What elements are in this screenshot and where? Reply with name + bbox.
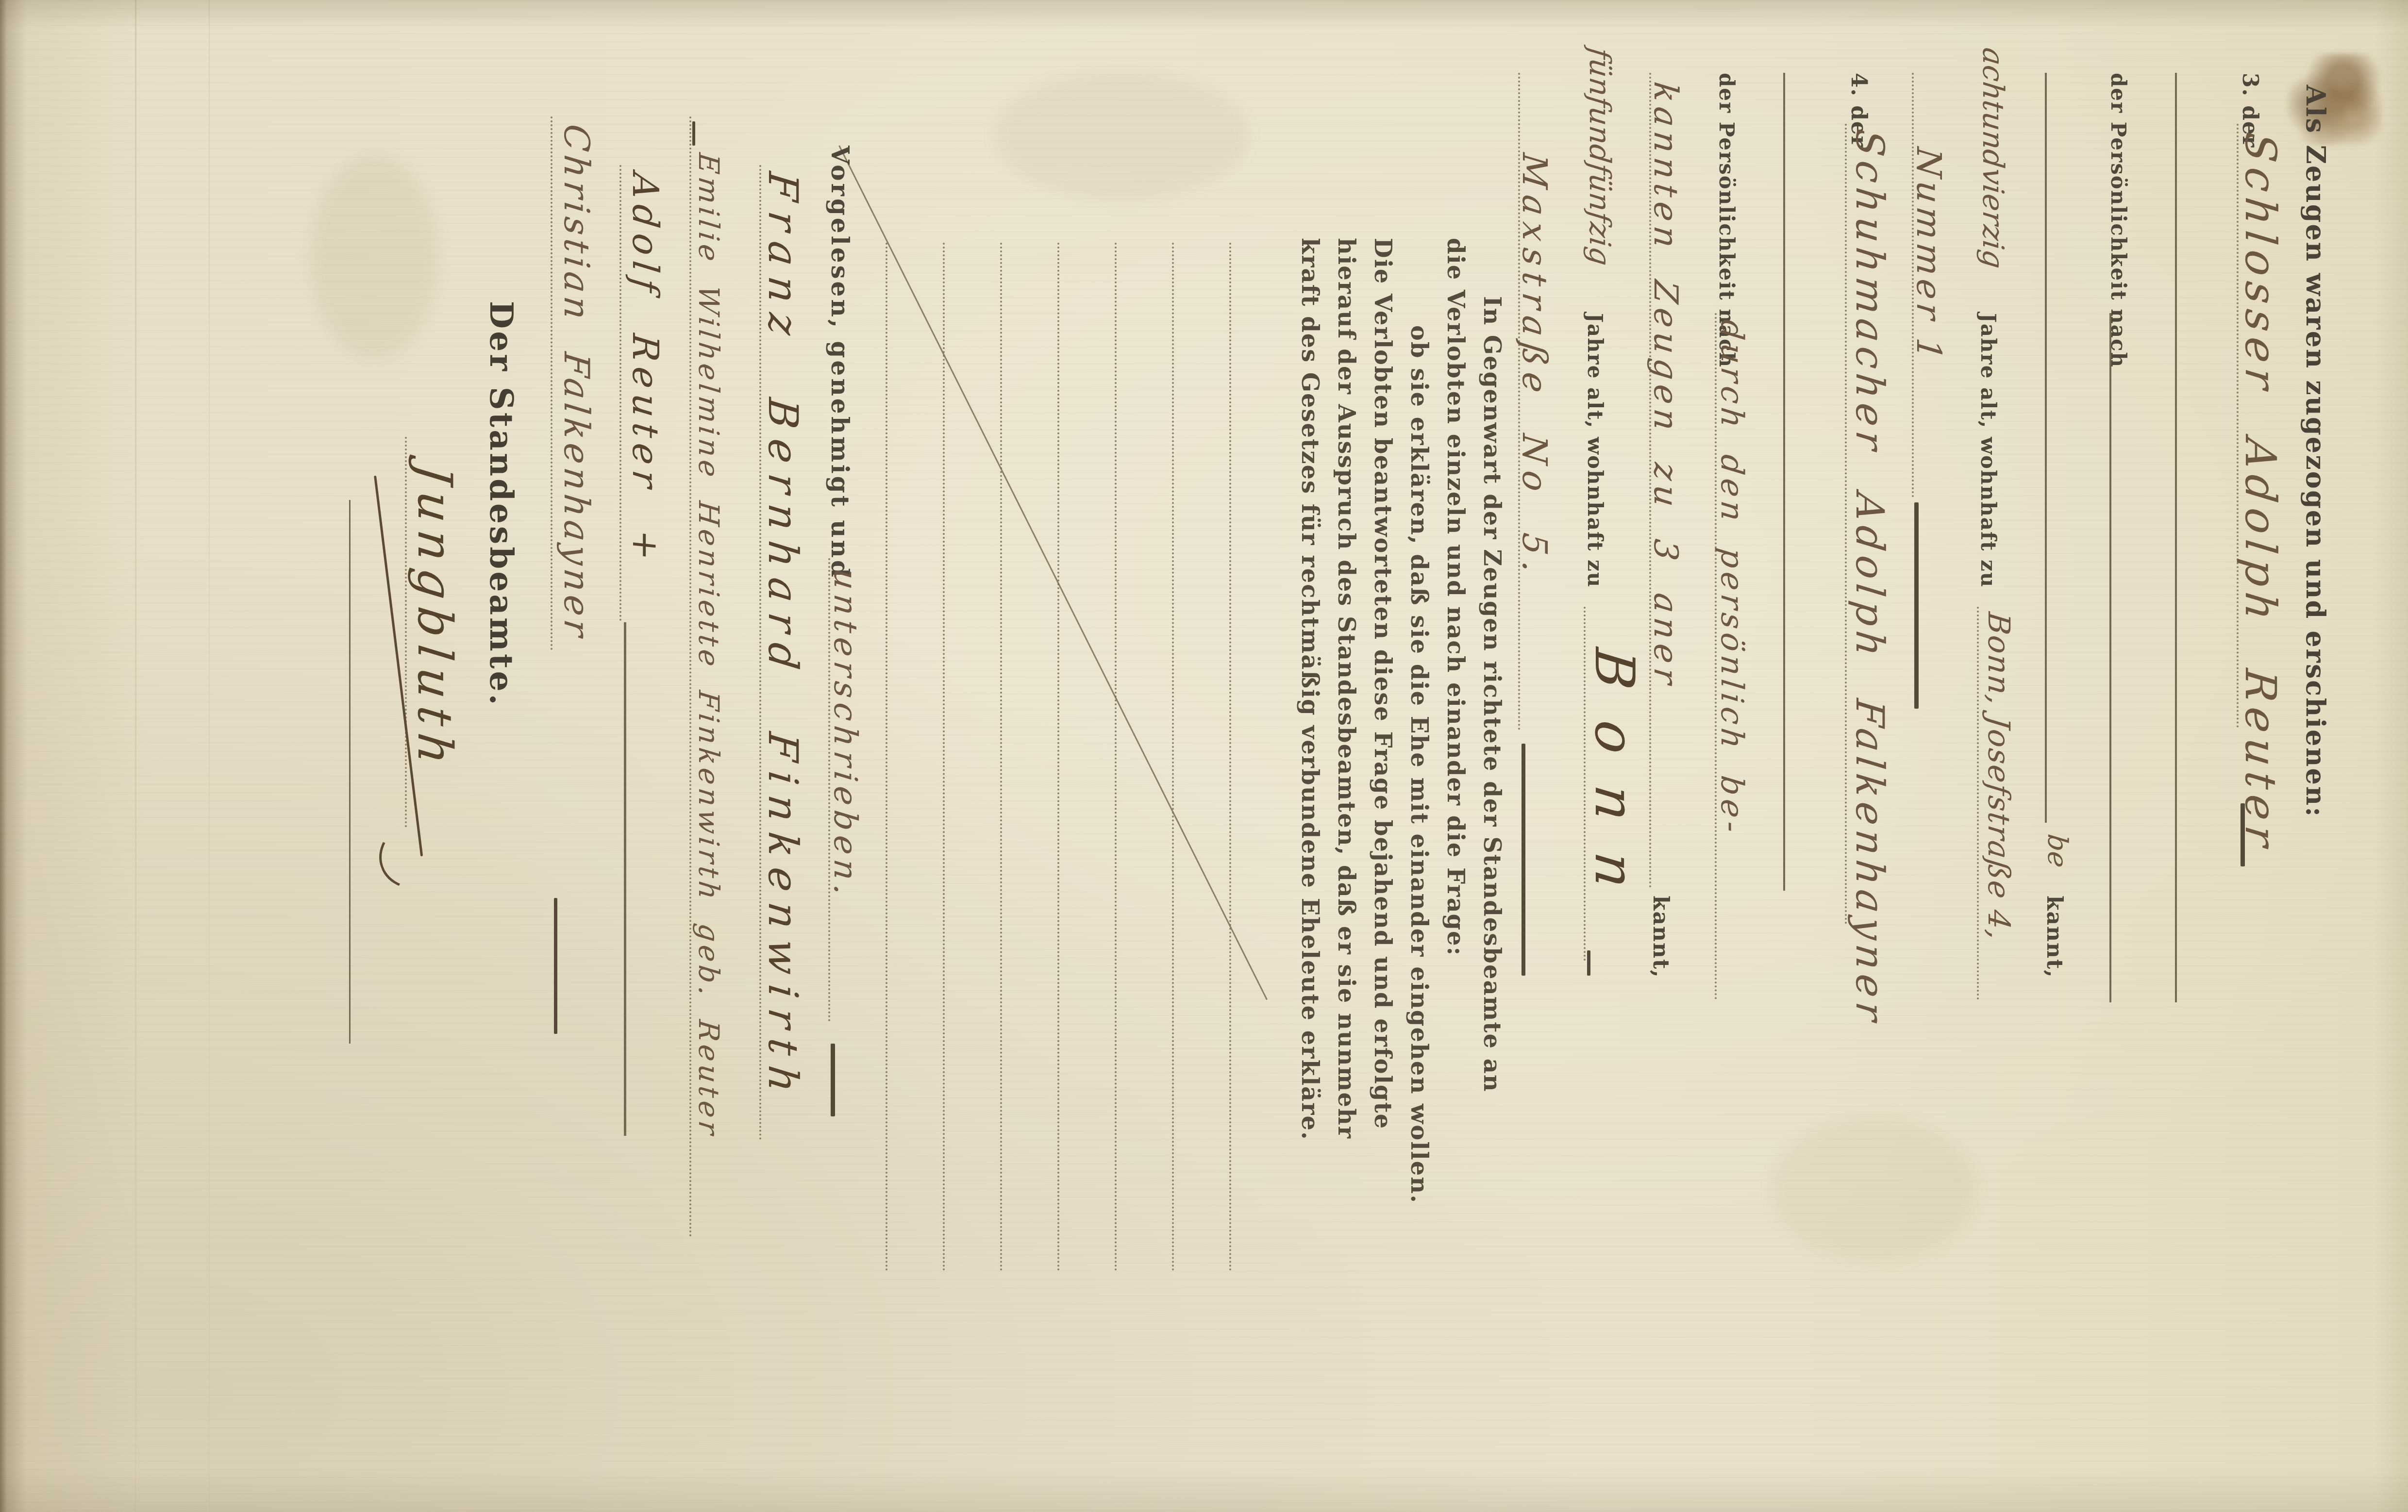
declaration-line-5: hierauf der Ausspruch des Standesbeamten…	[1333, 238, 1360, 1139]
witness3-residence-handwriting: Bonn, Josefstraße 4,	[1981, 611, 2017, 943]
line-end-filler	[1522, 744, 1525, 976]
witness4-age-label: Jahre alt, wohnhaft zu	[1583, 313, 1607, 588]
witness3-age-handwriting: achtundvierzig	[1976, 46, 2010, 270]
witness4-persoenlichkeit-handwriting-1: durch den persönlich be-	[1714, 318, 1750, 838]
signature-line	[551, 116, 552, 650]
blank-dotted-line	[1229, 243, 1231, 1272]
signature-2: Emilie Wilhelmine Henriette Finkenwirth …	[692, 151, 725, 1140]
signature-line	[619, 165, 621, 621]
signature-flourish-curl	[369, 809, 466, 899]
line-end-filler	[554, 898, 557, 1034]
line-end-filler	[831, 1044, 835, 1116]
declaration-line-1: In Gegenwart der Zeugen richtete der Sta…	[1478, 296, 1505, 1093]
blank-dotted-line	[1000, 243, 1002, 1272]
declaration-line-2: die Verlobten einzeln und nach einander …	[1442, 238, 1469, 956]
line-start-dash	[692, 121, 695, 146]
witness3-kannt-suffix: kannt,	[2042, 896, 2067, 979]
line-end-filler	[1914, 502, 1919, 709]
witness4-age-handwriting: fünfundfünfzig	[1583, 46, 1617, 267]
officer-label: Der Standesbeamte.	[483, 301, 520, 707]
witness4-persoenlichkeit-handwriting-2: kannten Zeugen zu 3 aner	[1646, 80, 1685, 691]
signature-3: Adolf Reuter +	[624, 171, 666, 568]
officer-signature: Jungbluth	[407, 462, 462, 775]
witness3-age-label: Jahre alt, wohnhaft zu	[1976, 313, 2000, 588]
signature-line	[759, 165, 761, 1141]
declaration-line-6: kraft des Gesetzes für rechtmäßig verbun…	[1296, 238, 1323, 1141]
rotated-form-page: Als Zeugen waren zugezogen und erschiene…	[0, 0, 2408, 1512]
declaration-line-3: ob sie erklären, daß sie die Ehe mit ein…	[1405, 325, 1433, 1204]
cancellation-stroke	[838, 145, 1268, 1000]
witness4-name-handwriting: Schuhmacher Adolph Falkenhayner	[1847, 127, 1892, 1028]
closing-label: Vorgelesen, genehmigt und	[826, 146, 854, 580]
witness4-kannt-suffix: kannt,	[1648, 896, 1673, 979]
witness3-name-handwriting: Schlosser Adolph Reuter	[2236, 130, 2286, 855]
fill-rule	[2109, 313, 2111, 1002]
line-end-filler	[1587, 950, 1590, 976]
signature-line	[689, 116, 691, 1238]
fill-line	[1977, 607, 1979, 1000]
closing-handwriting: unterschrieben.	[827, 567, 864, 902]
bottom-rule	[349, 500, 351, 1044]
heading-line: Als Zeugen waren zugezogen und erschiene…	[2300, 85, 2331, 818]
witness4-residence-handwriting: Bonn	[1583, 646, 1646, 923]
blank-dotted-line	[943, 243, 945, 1272]
blank-dotted-line	[886, 243, 887, 1272]
document-scan: Als Zeugen waren zugezogen und erschiene…	[0, 0, 2408, 1512]
blank-dotted-line	[1115, 243, 1117, 1272]
blank-dotted-line	[1172, 243, 1174, 1272]
blank-rule	[2175, 73, 2177, 1002]
signature-1: Franz Bernhard Finkenwirth	[759, 170, 807, 1105]
witness3-bekannt-prefix-handwriting: be	[2041, 832, 2073, 869]
fill-line	[1845, 124, 1847, 925]
officer-signature-line	[405, 437, 407, 828]
witness3-residence2-handwriting: Nummer 1	[1909, 146, 1949, 366]
blank-dotted-line	[1057, 243, 1059, 1272]
signature-4: Christian Falkenhayner	[556, 122, 597, 643]
fill-rule	[2045, 73, 2047, 823]
witness4-residence2-handwriting: Maxstraße No 5.	[1515, 151, 1555, 582]
blank-rule	[1783, 73, 1785, 891]
line-end-filler	[624, 622, 626, 1136]
declaration-line-4: Die Verlobten beantworteten diese Frage …	[1369, 238, 1396, 1130]
line-end-filler	[2241, 803, 2245, 866]
